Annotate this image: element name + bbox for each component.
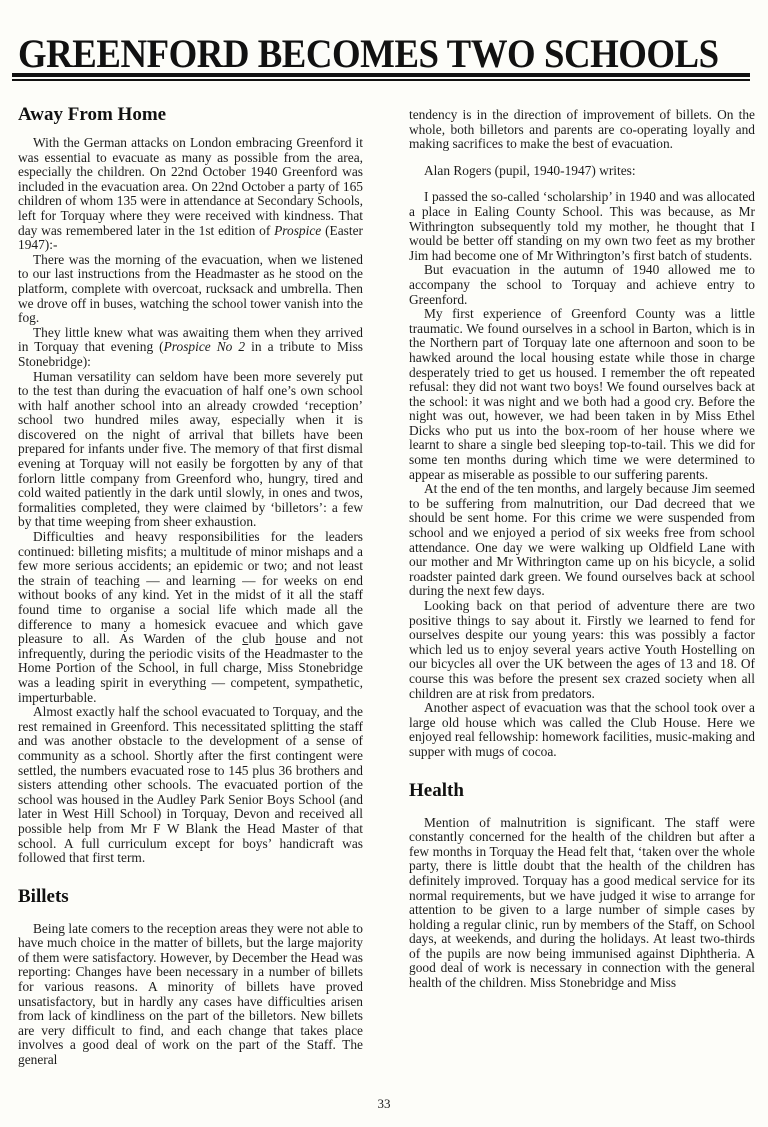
right-column: tendency is in the direction of improvem… xyxy=(409,108,755,991)
paragraph-text: ouse xyxy=(282,631,307,646)
section-spacer xyxy=(18,866,363,886)
page-title: GREENFORD BECOMES TWO SCHOOLS xyxy=(18,30,719,77)
spacer xyxy=(409,152,755,164)
section-away-from-home: Away From Home With the German attacks o… xyxy=(18,104,363,866)
paragraph-text: lub xyxy=(248,631,275,646)
section-heading-away-from-home: Away From Home xyxy=(18,104,363,126)
section-spacer xyxy=(409,760,755,780)
paragraph: Mention of malnutrition is significant. … xyxy=(409,816,755,991)
paragraph: They little knew what was awaiting them … xyxy=(18,326,363,370)
title-rule-thick xyxy=(12,73,750,77)
memoir-paragraph: Another aspect of evacuation was that th… xyxy=(409,701,755,759)
section-heading-billets: Billets xyxy=(18,886,363,908)
paragraph: With the German attacks on London embrac… xyxy=(18,136,363,253)
memoir-paragraph: Looking back on that period of adventure… xyxy=(409,599,755,701)
publication-title: Prospice No 2 xyxy=(164,339,245,354)
paragraph: Almost exactly half the school evacuated… xyxy=(18,705,363,866)
quote-paragraph: Difficulties and heavy responsibilities … xyxy=(18,530,363,705)
publication-title: Prospice xyxy=(274,223,321,238)
memoir-paragraph: My first experience of Greenford County … xyxy=(409,307,755,482)
memoir-paragraph: But evacuation in the autumn of 1940 all… xyxy=(409,263,755,307)
memoir-paragraph: I passed the so-called ‘scholarship’ in … xyxy=(409,190,755,263)
title-rule-thin xyxy=(12,79,750,81)
paragraph-text: Difficulties and heavy responsibilities … xyxy=(18,529,363,646)
quote-paragraph: Human versatility can seldom have been m… xyxy=(18,370,363,531)
paragraph-continuation: tendency is in the direction of improvem… xyxy=(409,108,755,152)
title-double-rule xyxy=(12,73,750,81)
section-heading-health: Health xyxy=(409,780,755,802)
memoir-paragraph: At the end of the ten months, and largel… xyxy=(409,482,755,599)
section-billets: Billets Being late comers to the recepti… xyxy=(18,886,363,1068)
quote-paragraph: There was the morning of the evacuation,… xyxy=(18,253,363,326)
section-health: Health Mention of malnutrition is signif… xyxy=(409,780,755,991)
left-column: Away From Home With the German attacks o… xyxy=(18,104,363,1068)
attribution: Alan Rogers (pupil, 1940-1947) writes: xyxy=(409,164,755,179)
paragraph: Being late comers to the reception areas… xyxy=(18,922,363,1068)
page-number: 33 xyxy=(0,1096,768,1112)
